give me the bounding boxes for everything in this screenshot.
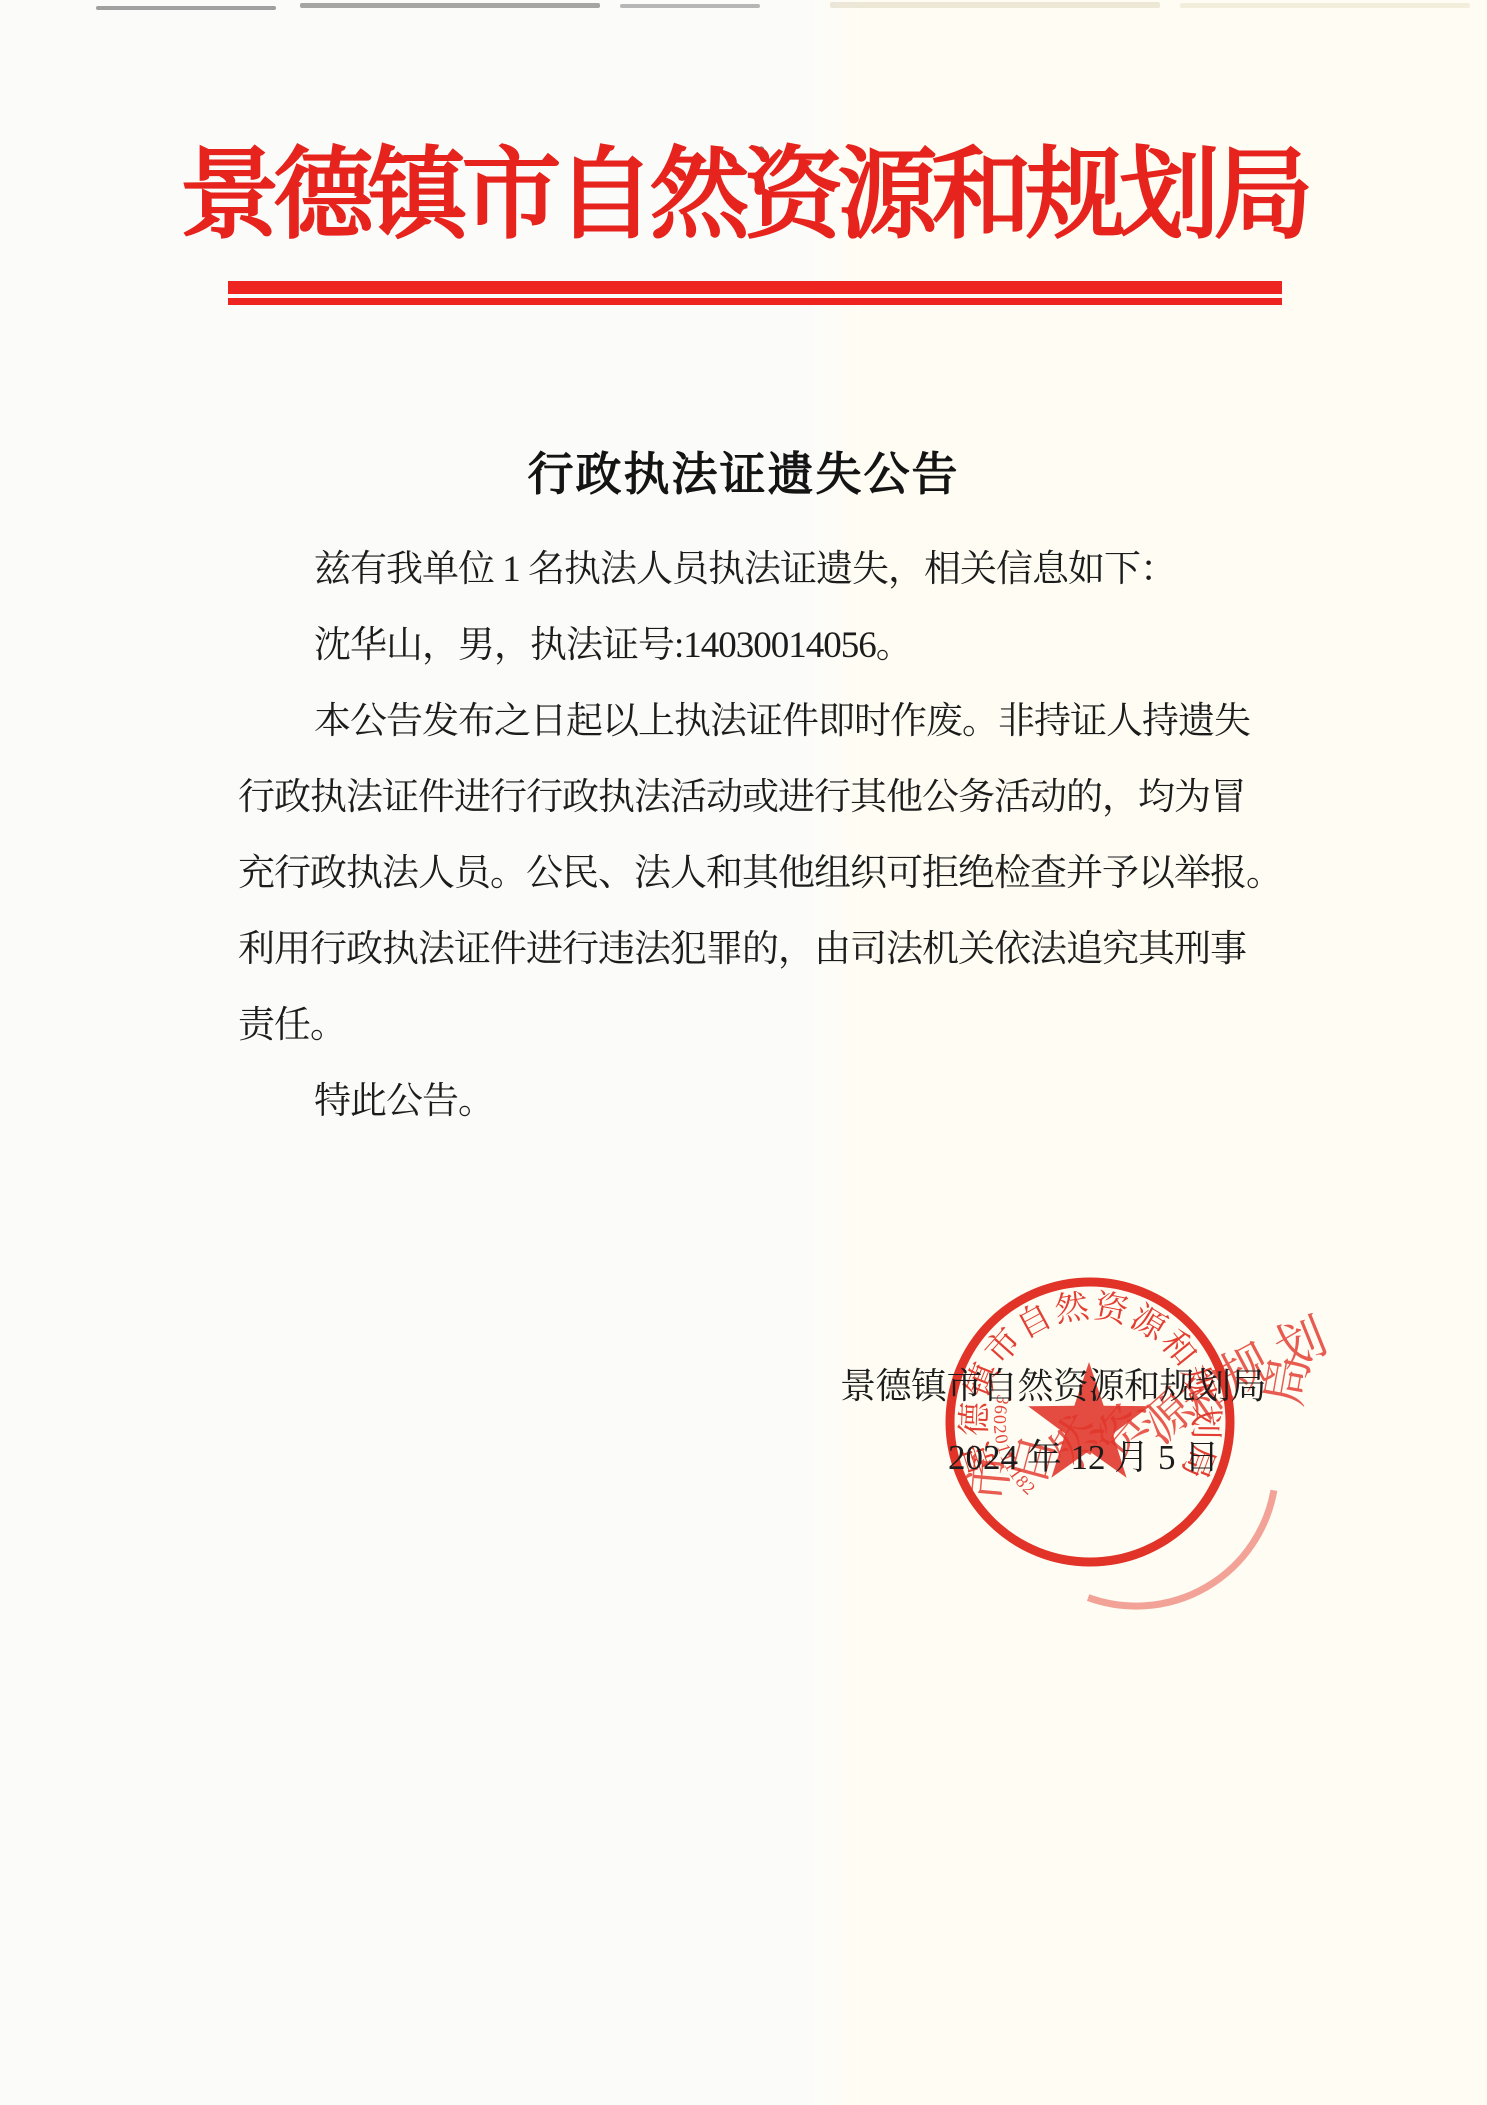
scan-artifact bbox=[1180, 3, 1470, 8]
body-line-8: 特此公告。 bbox=[238, 1080, 494, 1124]
letterhead-title: 景德镇市自然资源和规划局 bbox=[0, 138, 1487, 253]
body-line-6: 利用行政执法证件进行违法犯罪的，由司法机关依法追究其刑事 bbox=[238, 928, 1246, 972]
signature-org: 景德镇市自然资源和规划局 bbox=[840, 1358, 1266, 1409]
seal-second-ring-arc bbox=[1088, 1490, 1274, 1606]
body-line-5: 充行政执法人员。公民、法人和其他组织可拒绝检查并予以举报。 bbox=[238, 852, 1282, 896]
document-page: 景德镇市自然资源和规划局 行政执法证遗失公告 兹有我单位 1 名执法人员执法证遗… bbox=[0, 0, 1487, 2105]
scan-artifact bbox=[620, 4, 760, 8]
notice-title: 行政执法证遗失公告 bbox=[0, 438, 1487, 504]
body-line-2: 沈华山，男，执法证号:14030014056。 bbox=[238, 624, 912, 668]
body-line-7: 责任。 bbox=[238, 1004, 346, 1048]
divider-top-band bbox=[228, 281, 1282, 294]
scan-artifact bbox=[830, 2, 1160, 8]
body-line-3: 本公告发布之日起以上执法证件即时作废。非持证人持遗失 bbox=[238, 700, 1250, 744]
scan-artifact bbox=[300, 3, 600, 8]
letterhead-divider bbox=[228, 281, 1282, 305]
divider-bottom-band bbox=[228, 298, 1282, 305]
body-line-1: 兹有我单位 1 名执法人员执法证遗失，相关信息如下： bbox=[238, 548, 1176, 592]
scan-artifact bbox=[96, 6, 276, 10]
signature-date: 2024 年 12 月 5 日 bbox=[948, 1430, 1219, 1480]
body-line-4: 行政执法证件进行行政执法活动或进行其他公务活动的，均为冒 bbox=[238, 776, 1246, 820]
